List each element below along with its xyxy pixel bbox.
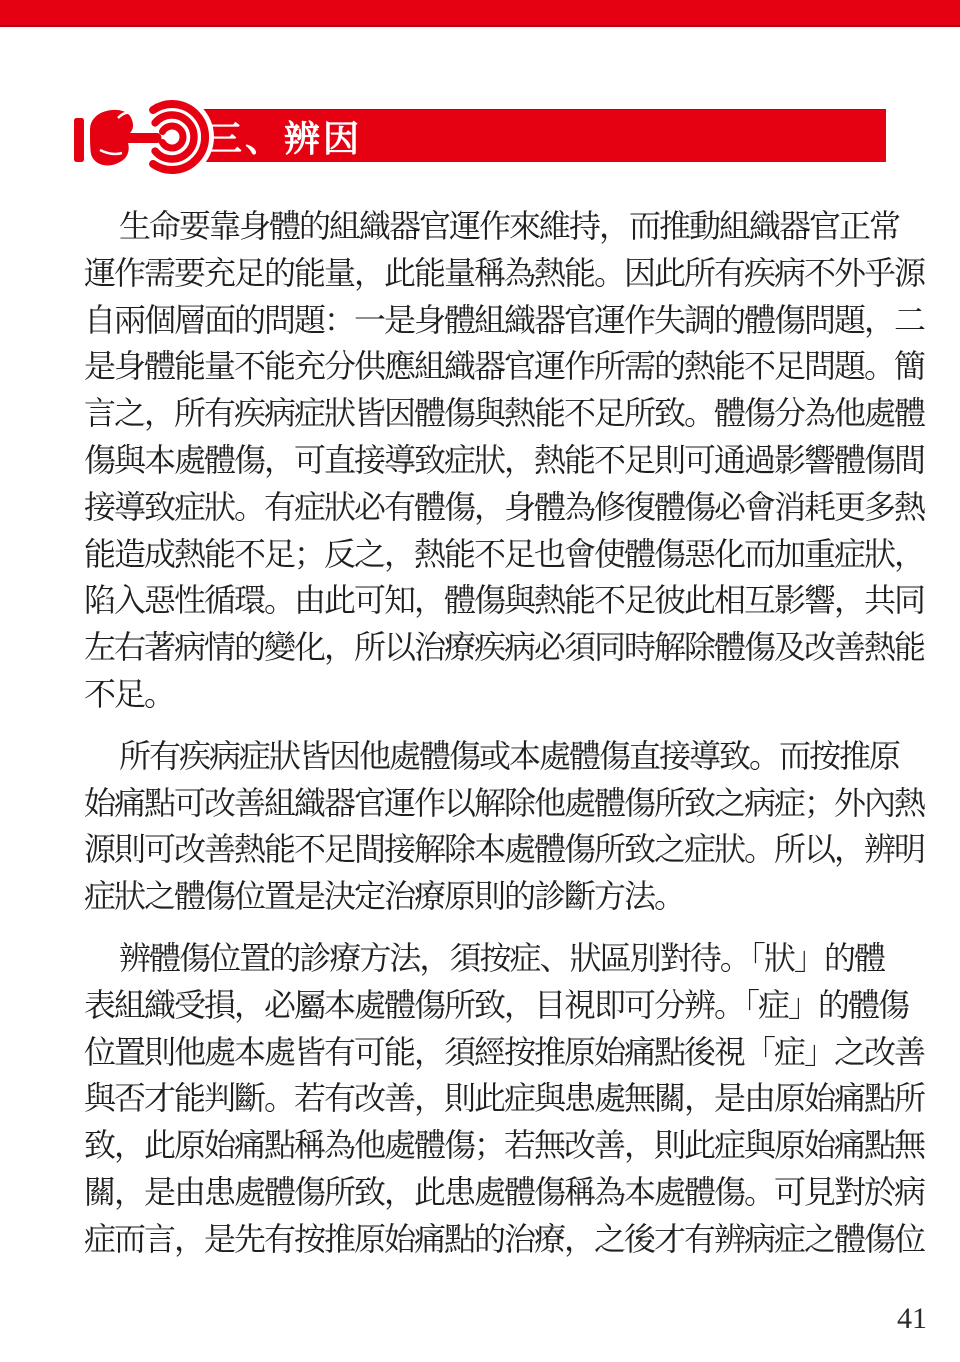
text-line: 接導致症狀。有症狀必有體傷，身體為修復體傷必會消耗更多熱 [84,484,884,531]
text-line: 運作需要充足的能量，此能量稱為熱能。因此所有疾病不外乎源 [84,250,884,297]
text-line: 位置則他處本處皆有可能，須經按推原始痛點後視「症」之改善 [84,1029,884,1076]
pointing-hand-target-icon [60,90,218,185]
text-line: 表組織受損，必屬本處體傷所致，目視即可分辨。「症」的體傷 [84,982,884,1029]
top-edge-red-bar [0,0,960,27]
text-line: 言之，所有疾病症狀皆因體傷與熱能不足所致。體傷分為他處體 [84,390,884,437]
text-line: 與否才能判斷。若有改善，則此症與患處無關，是由原始痛點所 [84,1075,884,1122]
text-line: 關，是由患處體傷所致，此患處體傷稱為本處體傷。可見對於病 [84,1169,884,1216]
text-line: 傷與本處體傷，可直接導致症狀，熱能不足則可通過影響體傷間 [84,437,884,484]
body-text: 生命要靠身體的組織器官運作來維持，而推動組織器官正常運作需要充足的能量，此能量稱… [84,203,884,1263]
text-line: 不足。 [84,671,884,718]
paragraph-1: 生命要靠身體的組織器官運作來維持，而推動組織器官正常運作需要充足的能量，此能量稱… [84,203,884,718]
text-line: 自兩個層面的問題：一是身體組織器官運作失調的體傷問題，二 [84,297,884,344]
text-line: 是身體能量不能充分供應組織器官運作所需的熱能不足問題。簡 [84,343,884,390]
text-line: 症而言，是先有按推原始痛點的治療，之後才有辨病症之體傷位 [84,1216,884,1263]
section-title: 三、辨因 [206,111,362,162]
book-page: 三、辨因 生命要靠身體的組織器官運作來維持，而推動組織器官正常運作需要充足的能量… [0,0,960,1362]
paragraph-2: 所有疾病症狀皆因他處體傷或本處體傷直接導致。而按推原始痛點可改善組織器官運作以解… [84,733,884,920]
text-line: 始痛點可改善組織器官運作以解除他處體傷所致之病症；外內熱 [84,780,884,827]
text-line: 左右著病情的變化，所以治療疾病必須同時解除體傷及改善熱能 [84,624,884,671]
text-line: 能造成熱能不足；反之，熱能不足也會使體傷惡化而加重症狀， [84,531,884,578]
text-line: 辨體傷位置的診療方法，須按症、狀區別對待。「狀」的體 [84,935,884,982]
paragraph-3: 辨體傷位置的診療方法，須按症、狀區別對待。「狀」的體表組織受損，必屬本處體傷所致… [84,935,884,1263]
text-line: 生命要靠身體的組織器官運作來維持，而推動組織器官正常 [84,203,884,250]
text-line: 源則可改善熱能不足間接解除本處體傷所致之症狀。所以，辨明 [84,826,884,873]
text-line: 陷入惡性循環。由此可知，體傷與熱能不足彼此相互影響，共同 [84,577,884,624]
page-number: 41 [897,1302,927,1336]
text-line: 致，此原始痛點稱為他處體傷；若無改善，則此症與原始痛點無 [84,1122,884,1169]
text-line: 所有疾病症狀皆因他處體傷或本處體傷直接導致。而按推原 [84,733,884,780]
text-line: 症狀之體傷位置是決定治療原則的診斷方法。 [84,873,884,920]
hand-cuff [74,118,84,162]
section-header-banner: 三、辨因 [160,110,886,162]
